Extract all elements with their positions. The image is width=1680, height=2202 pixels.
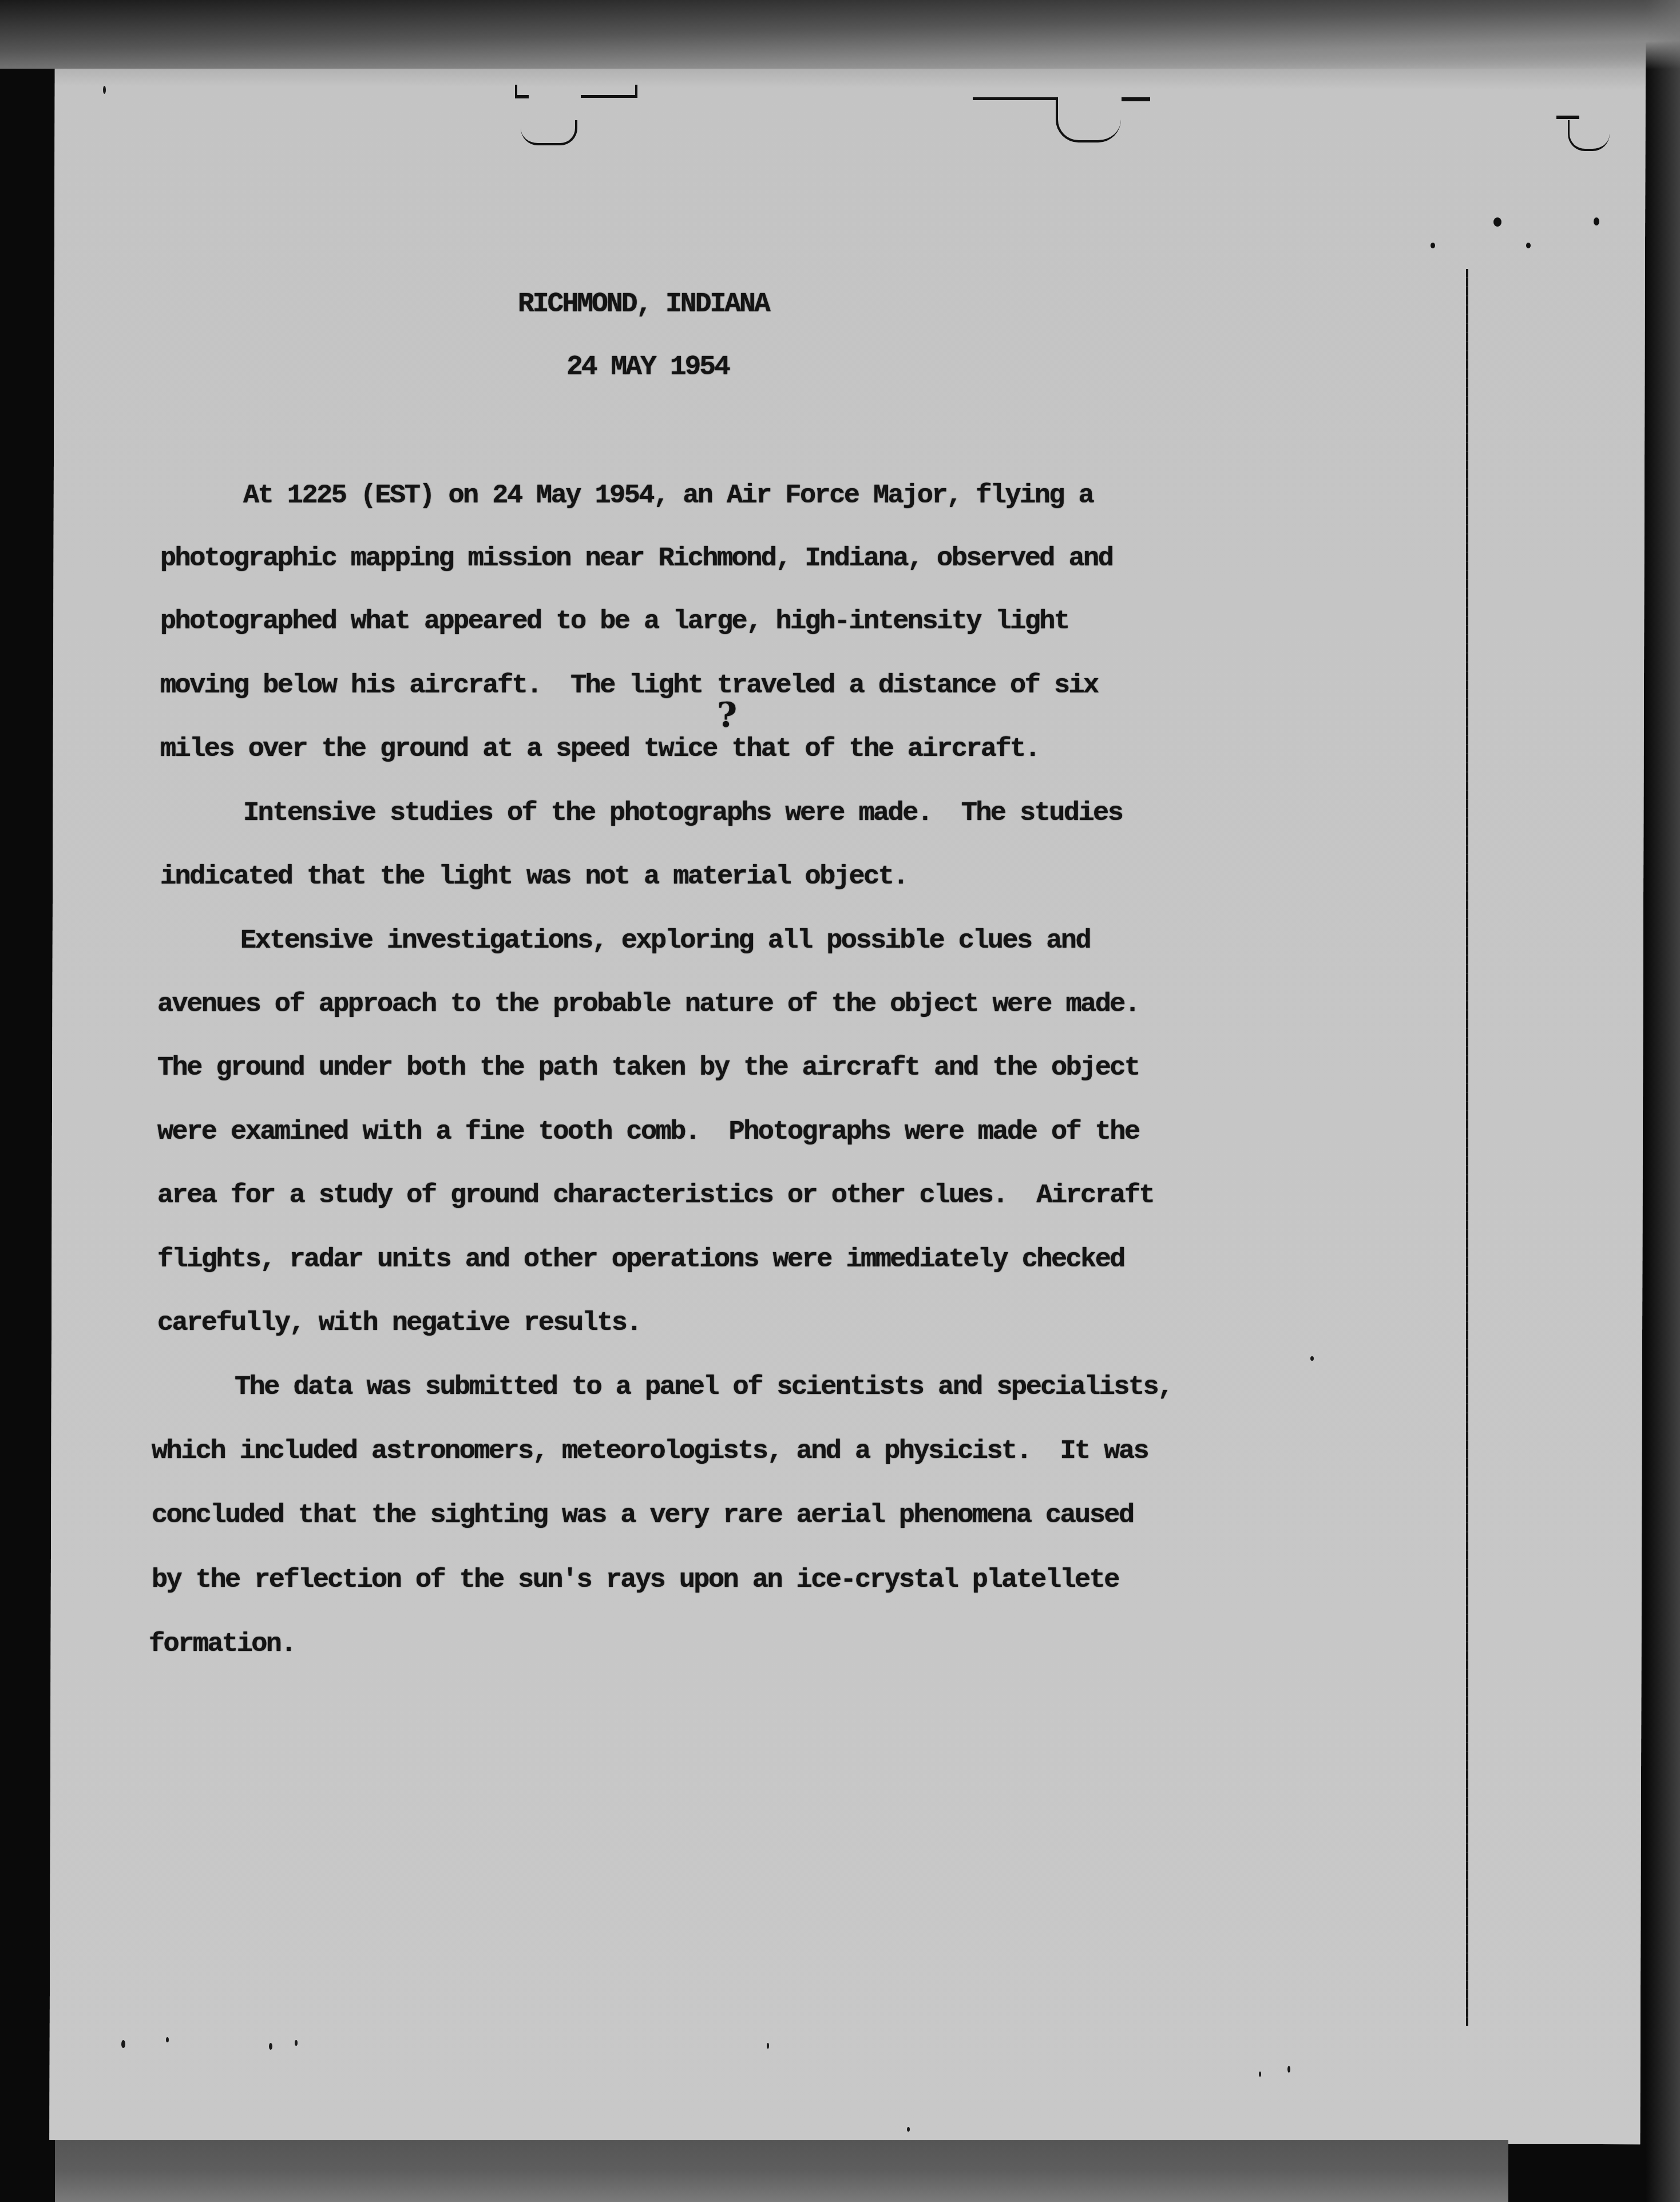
punch-hole-mark-icon <box>1431 243 1435 248</box>
document-location-heading: RICHMOND, INDIANA <box>518 289 769 320</box>
scan-bottom-shadow <box>55 2140 1508 2202</box>
binder-mark-icon <box>1556 103 1579 119</box>
binder-mark-icon <box>1056 97 1121 142</box>
punch-hole-mark-icon <box>1526 243 1531 248</box>
body-line: Extensive investigations, exploring all … <box>240 926 1090 956</box>
body-line: moving below his aircraft. The light tra… <box>160 671 1098 701</box>
scan-speck <box>907 2127 910 2132</box>
body-line: indicated that the light was not a mater… <box>160 862 908 892</box>
document-page <box>49 23 1646 2144</box>
body-line: avenues of approach to the probable natu… <box>157 989 1139 1020</box>
scan-speck <box>103 86 106 94</box>
punch-hole-mark-icon <box>1594 217 1599 225</box>
body-line: Intensive studies of the photographs wer… <box>243 798 1122 829</box>
page-edge <box>1646 0 1680 2202</box>
body-line: miles over the ground at a speed twice t… <box>160 734 1039 765</box>
body-line: photographic mapping mission near Richmo… <box>160 544 1112 574</box>
body-line: carefully, with negative results. <box>157 1308 641 1338</box>
body-line: The data was submitted to a panel of sci… <box>235 1372 1172 1403</box>
body-line: which included astronomers, meteorologis… <box>152 1436 1148 1467</box>
scan-top-shadow <box>0 0 1680 69</box>
binder-mark-icon <box>581 85 637 98</box>
binder-mark-icon <box>1568 120 1610 151</box>
binder-mark-icon <box>515 85 529 98</box>
body-line: The ground under both the path taken by … <box>157 1053 1139 1083</box>
body-line: At 1225 (EST) on 24 May 1954, an Air For… <box>243 481 1093 511</box>
margin-rule <box>1466 269 1468 2026</box>
punch-hole-mark-icon <box>1493 217 1501 227</box>
scan-speck <box>269 2043 272 2050</box>
scan-speck <box>295 2040 298 2046</box>
scan-speck <box>1259 2072 1261 2077</box>
body-line: area for a study of ground characteristi… <box>157 1181 1154 1211</box>
scan-speck <box>1287 2066 1290 2073</box>
binder-mark-icon <box>973 92 1056 100</box>
body-line: concluded that the sighting was a very r… <box>152 1500 1134 1531</box>
body-line: by the reflection of the sun's rays upon… <box>152 1565 1119 1595</box>
document-date-heading: 24 MAY 1954 <box>566 352 729 383</box>
body-line: photographed what appeared to be a large… <box>160 607 1069 637</box>
scan-speck <box>121 2040 125 2048</box>
binder-mark-icon <box>1122 92 1150 101</box>
binder-mark-icon <box>521 120 577 145</box>
scan-speck <box>166 2037 169 2042</box>
scanned-document: RICHMOND, INDIANA 24 MAY 1954 At 1225 (E… <box>0 0 1680 2202</box>
body-line: formation. <box>149 1629 295 1660</box>
handwritten-question-mark: ? <box>717 695 737 735</box>
body-line: were examined with a fine tooth comb. Ph… <box>157 1117 1139 1147</box>
scan-speck <box>1310 1356 1314 1361</box>
scan-speck <box>767 2043 769 2049</box>
body-line: flights, radar units and other operation… <box>157 1245 1124 1275</box>
